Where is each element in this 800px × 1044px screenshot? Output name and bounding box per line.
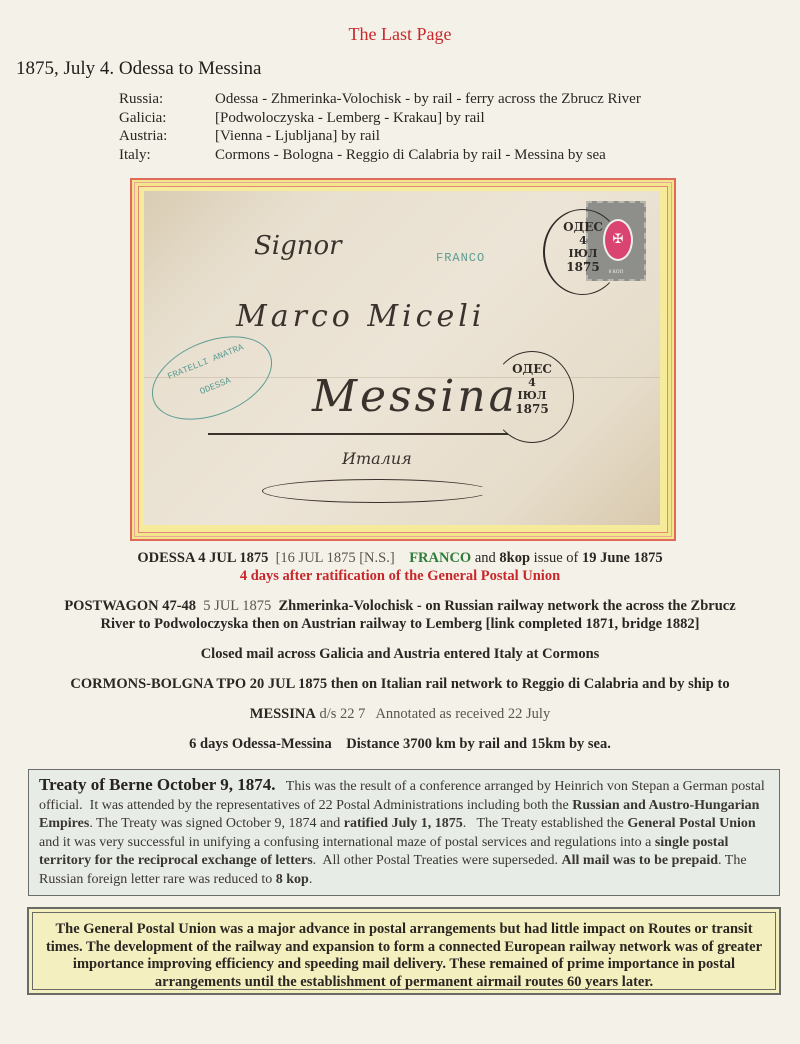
cds-town: ОДЕС	[491, 362, 573, 376]
route-country: Russia:	[119, 90, 215, 109]
issue-date: 19 June 1875	[582, 550, 663, 566]
handstamp-firm: FRATELLI ANATRA	[146, 334, 265, 390]
treaty-text: . All other Postal Treaties were superse…	[313, 853, 562, 868]
sender-oval-handstamp: FRATELLI ANATRA ODESSA	[144, 320, 284, 436]
page-title: The Last Page	[0, 24, 800, 45]
route-country: Galicia:	[119, 109, 215, 128]
address-underline	[208, 433, 508, 435]
treaty-bold: All mail was to be prepaid	[562, 853, 718, 868]
route-row-austria: Austria: [Vienna - Ljubljana] by rail	[119, 127, 641, 146]
treaty-text: and it was very successful in unifying a…	[39, 835, 655, 850]
route-country: Italy:	[119, 146, 215, 165]
treaty-text: .	[309, 872, 313, 887]
stamp-denomination: 8kop	[499, 550, 530, 566]
route-description: Cormons - Bologna - Reggio di Calabria b…	[215, 146, 606, 165]
route-description: Odessa - Zhmerinka-Volochisk - by rail -…	[215, 90, 641, 109]
odessa-date: ODESSA 4 JUL 1875	[137, 550, 268, 566]
page-heading: 1875, July 4. Odessa to Messina	[16, 58, 261, 80]
cds-year: 1875	[491, 402, 573, 416]
treaty-heading: Treaty of Berne October 9, 1874.	[39, 775, 276, 794]
route-table: Russia: Odessa - Zhmerinka-Volochisk - b…	[119, 90, 641, 164]
postal-cover-image: FRANCO Signor Marco Miceli Messina Итали…	[144, 191, 660, 525]
address-signor: Signor	[254, 231, 342, 261]
route-row-italy: Italy: Cormons - Bologna - Reggio di Cal…	[119, 146, 641, 165]
treaty-bold: ratified July 1, 1875	[344, 816, 463, 831]
general-postal-union-box: The General Postal Union was a major adv…	[27, 907, 781, 995]
caption-text: issue of	[530, 550, 582, 566]
address-country: Италия	[342, 449, 412, 468]
cds-month: ІЮЛ	[491, 389, 573, 402]
cds-year: 1875	[545, 260, 621, 274]
odessa-ns-date: [16 JUL 1875 [N.S.]	[268, 550, 409, 566]
caption-cormons: CORMONS-BOLGNA TPO 20 JUL 1875 then on I…	[0, 676, 800, 693]
route-country: Austria:	[119, 127, 215, 146]
gpu-text: The General Postal Union was a major adv…	[46, 921, 762, 990]
caption-postwagon: POSTWAGON 47-48 5 JUL 1875 Zhmerinka-Vol…	[0, 598, 800, 615]
cover-frame: FRANCO Signor Marco Miceli Messina Итали…	[130, 178, 676, 541]
caption-postwagon-line2: River to Podwoloczyska then on Austrian …	[0, 616, 800, 633]
route-description: [Vienna - Ljubljana] by rail	[215, 127, 380, 146]
handstamp-town: ODESSA	[156, 358, 275, 414]
treaty-bold: General Postal Union	[627, 816, 755, 831]
treaty-of-berne-box: Treaty of Berne October 9, 1874. This wa…	[28, 769, 780, 896]
caption-summary: 6 days Odessa-Messina Distance 3700 km b…	[0, 736, 800, 753]
cds-town: ОДЕС	[545, 220, 621, 234]
messina-arrival: d/s 22 7 Annotated as received 22 July	[316, 706, 550, 722]
odessa-cds-postmark-top: ОДЕС 4 ІЮЛ 1875	[543, 209, 622, 295]
treaty-bold: 8 kop	[276, 872, 309, 887]
cds-month: ІЮЛ	[545, 247, 621, 260]
postwagon-date: 5 JUL 1875	[196, 598, 278, 614]
pen-flourish	[262, 479, 490, 503]
address-name: Marco Miceli	[236, 299, 485, 334]
caption-ratification: 4 days after ratification of the General…	[0, 568, 800, 585]
franco-label: FRANCO	[409, 550, 471, 566]
route-description: [Podwoloczyska - Lemberg - Krakau] by ra…	[215, 109, 485, 128]
route-row-russia: Russia: Odessa - Zhmerinka-Volochisk - b…	[119, 90, 641, 109]
treaty-text: . The Treaty was signed October 9, 1874 …	[89, 816, 343, 831]
caption-text: and	[471, 550, 499, 566]
caption-odessa: ODESSA 4 JUL 1875 [16 JUL 1875 [N.S.] FR…	[0, 550, 800, 567]
cds-day: 4	[545, 234, 621, 247]
address-city: Messina	[312, 371, 518, 422]
postwagon-label: POSTWAGON 47-48	[64, 598, 196, 614]
cds-day: 4	[491, 376, 573, 389]
treaty-text: . The Treaty established the	[463, 816, 628, 831]
messina-label: MESSINA	[250, 706, 316, 722]
postwagon-route: Zhmerinka-Volochisk - on Russian railway…	[278, 598, 735, 614]
route-row-galicia: Galicia: [Podwoloczyska - Lemberg - Krak…	[119, 109, 641, 128]
caption-messina: MESSINA d/s 22 7 Annotated as received 2…	[0, 706, 800, 723]
franco-handstamp: FRANCO	[436, 251, 485, 265]
caption-closed-mail: Closed mail across Galicia and Austria e…	[0, 646, 800, 663]
odessa-cds-postmark-bottom: ОДЕС 4 ІЮЛ 1875	[490, 351, 574, 443]
